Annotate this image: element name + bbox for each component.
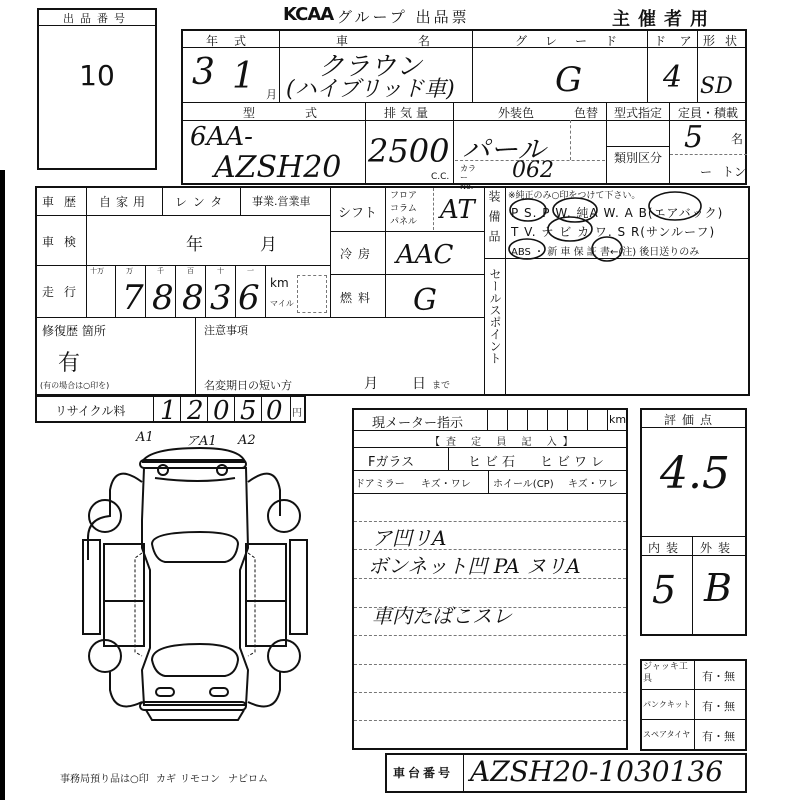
office-item-navi-rom[interactable]: ナビロム	[228, 770, 268, 785]
load-unit: トン	[722, 163, 746, 180]
color-no-value: 062	[512, 158, 554, 183]
lot-number-label: 出品番号	[39, 10, 155, 26]
deadline-day-unit: 日	[412, 373, 426, 393]
recycle-label: リサイクル料	[55, 402, 125, 419]
inspector-comment: ア凹リA	[372, 522, 446, 551]
ac-label: 冷房	[340, 245, 376, 262]
fuel-label: 燃料	[340, 289, 376, 306]
shift-value: AT	[440, 195, 475, 225]
shape-value: SD	[700, 74, 733, 99]
accessory-jack-value[interactable]: 有・無	[702, 668, 735, 684]
shift-label: シフト	[338, 202, 377, 221]
car-damage-diagram	[60, 420, 340, 740]
model-line1: 6AA-	[190, 122, 253, 152]
deadline-until: まで	[432, 378, 450, 391]
grade-value: G	[555, 60, 582, 100]
office-item-remote[interactable]: リモコン	[180, 770, 220, 785]
wheel-label: ホイール(CP)	[493, 475, 554, 490]
mileage-mark-box[interactable]	[297, 275, 327, 313]
history-option-rental[interactable]: レンタ	[175, 193, 228, 210]
meter-label: 現メーター指示	[372, 412, 463, 431]
fuel-value: G	[413, 283, 437, 318]
month-value: 1	[232, 56, 255, 97]
accessory-jack-label: ジャッキ工具	[643, 661, 693, 685]
mileage-digit: 3	[210, 278, 232, 318]
interior-label: 内装	[648, 539, 684, 556]
deadline-month-unit: 月	[364, 373, 378, 393]
model-designation-label: 型式指定	[614, 104, 662, 121]
brand-logo: KCAA	[283, 4, 333, 25]
equipment-line2: T V. ナ ビ カ ワ. S R(サンルーフ)	[511, 223, 715, 240]
equipment-note: ※純正のみ○印をつけて下さい。	[508, 188, 640, 201]
year-label: 年式	[206, 32, 262, 49]
lot-number-box: 出品番号 10	[37, 8, 157, 170]
accessory-puncture-kit-value[interactable]: 有・無	[702, 698, 735, 714]
shift-option-column[interactable]: コラム	[390, 201, 417, 214]
inspector-header: 【査 定 員 記 入】	[430, 433, 579, 448]
shift-option-panel[interactable]: パネル	[390, 214, 417, 227]
shift-option-floor[interactable]: フロア	[390, 188, 417, 201]
wheel-option[interactable]: キズ・ワレ	[568, 475, 618, 490]
model-line2: AZSH20	[214, 150, 341, 185]
mileage-digit: 6	[238, 278, 260, 318]
recycle-unit: 円	[292, 404, 302, 419]
repair-note: (有の場合は○印を)	[40, 380, 109, 391]
model-label: 型式	[243, 104, 367, 121]
scan-edge-bar	[0, 170, 5, 800]
history-option-private[interactable]: 自家用	[99, 193, 150, 210]
equipment-line1: P S. P W. 純A W. A B(エアバック)	[511, 204, 723, 221]
mileage-digit-label: 千	[157, 266, 164, 276]
inspector-comment: 車内たばこスレ	[372, 600, 512, 629]
inspector-comment: ボンネット凹 PA ヌリA	[368, 550, 581, 579]
name-sub: (ハイブリッド車)	[286, 72, 455, 103]
sales-point-label: セールスポイント	[487, 268, 504, 364]
mileage-unit-mile[interactable]: マイル	[270, 298, 294, 309]
inspection-label: 車検	[42, 233, 86, 250]
class-label: 類別区分	[614, 149, 662, 166]
mileage-digit-label: 万	[126, 266, 133, 276]
exterior-value: B	[704, 566, 732, 610]
mileage-digit-label: 百	[187, 266, 194, 276]
exterior-label: 外装	[700, 539, 736, 556]
capacity-unit: 名	[731, 130, 743, 147]
mileage-digit: 8	[152, 278, 174, 318]
inspection-year-unit: 年	[186, 230, 203, 255]
month-unit: 月	[266, 86, 277, 102]
mileage-digit-label: 十	[217, 266, 224, 276]
office-custody-label: 事務局預り品は○印	[60, 770, 149, 785]
office-item-key[interactable]: カギ	[156, 770, 176, 785]
mirror-option[interactable]: キズ・ワレ	[421, 475, 471, 490]
mileage-label: 走行	[42, 283, 86, 300]
mileage-digit: 7	[122, 278, 144, 318]
color-label: 外装色	[498, 104, 534, 121]
inspection-month-unit: 月	[260, 230, 277, 255]
copy-label: 主催者用	[612, 5, 716, 31]
displacement-unit: C.C.	[431, 172, 449, 182]
chassis-number-label: 車台番号	[393, 764, 453, 781]
doors-label: ドア	[654, 32, 706, 49]
mileage-digit-label: 一	[247, 266, 254, 276]
doors-value: 4	[663, 60, 682, 95]
meter-unit: km	[609, 413, 626, 426]
score-label: 評価点	[664, 411, 718, 428]
notes-label: 注意事項	[204, 322, 248, 338]
ac-value: AAC	[396, 240, 453, 270]
color-change-label: 色替	[574, 104, 598, 121]
displacement-value: 2500	[368, 132, 449, 170]
load-value: ー	[700, 163, 712, 180]
equipment-line3: ABS ・ 新 車 保 証 書←(注) 後日送りのみ	[511, 243, 699, 258]
mirror-label: ドアミラー	[355, 475, 405, 490]
mileage-digit: 8	[182, 278, 204, 318]
shape-label: 形状	[703, 32, 747, 49]
repair-label: 修復歴 箇所	[42, 322, 106, 339]
chassis-number-value: AZSH20-1030136	[470, 755, 723, 788]
interior-value: 5	[652, 568, 676, 612]
fglass-option-crack[interactable]: ヒビワレ	[540, 451, 608, 470]
fglass-option-chip[interactable]: ヒビ石	[468, 451, 519, 470]
equipment-label: 装備品	[486, 190, 503, 250]
form-title: グループ 出品票	[337, 6, 470, 27]
mileage-digit-label: 十万	[90, 266, 104, 276]
history-label: 車歴	[42, 193, 86, 210]
accessory-puncture-kit-label: パンクキット	[643, 699, 691, 710]
deadline-label: 名変期日の短い方	[204, 377, 292, 393]
accessory-spare-tire-label: スペアタイヤ	[643, 729, 690, 740]
accessory-spare-tire-value[interactable]: 有・無	[702, 728, 735, 744]
lot-number-value: 10	[39, 50, 155, 100]
mileage-unit-km[interactable]: km	[270, 276, 289, 290]
score-value: 4.5	[660, 448, 730, 499]
history-option-business[interactable]: 事業.営業車	[252, 193, 311, 209]
year-value: 3	[192, 52, 215, 93]
grade-label: グレード	[515, 32, 635, 49]
fglass-label: Fガラス	[368, 451, 414, 470]
capacity-value: 5	[684, 120, 703, 155]
repair-value: 有	[58, 346, 80, 377]
capacity-label: 定員・積載	[678, 104, 738, 121]
displacement-label: 排気量	[384, 104, 432, 121]
